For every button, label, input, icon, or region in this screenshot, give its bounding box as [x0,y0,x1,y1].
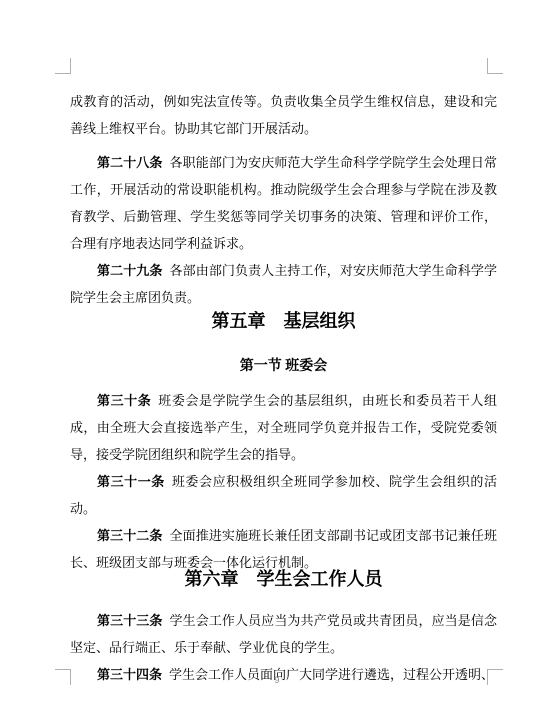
crop-mark-top-left-icon [55,58,71,74]
chapter-heading: 第六章 学生会工作人员 [70,566,497,593]
paragraph: 第三十一条班委会应积极组织全班同学参加校、院学生会组织的活动。 [70,468,497,522]
article-number: 第二十九条 [97,263,163,278]
article-number: 第三十二条 [97,528,163,543]
paragraph: 第三十三条学生会工作人员应当为共产党员或共青团员，应当是信念坚定、品行端正、乐于… [70,607,497,661]
article-number: 第三十三条 [97,613,163,628]
chapter-heading: 第五章 基层组织 [70,308,497,335]
paragraph: 成教育的活动，例如宪法宣传等。负责收集全员学生维权信息，建设和完善线上维权平台。… [70,88,497,142]
paragraph: 第二十八条各职能部门为安庆师范大学生命科学学院学生会处理日常工作，开展活动的常设… [70,149,497,257]
document-page: 成教育的活动，例如宪法宣传等。负责收集全员学生维权信息，建设和完善线上维权平台。… [0,0,554,722]
page-number: 9 [0,674,554,686]
article-number: 第二十八条 [97,155,163,170]
paragraph: 第二十九条各部由部门负责人主持工作，对安庆师范大学生命科学学院学生会主席团负责。 [70,257,497,311]
paragraph-text: 成教育的活动，例如宪法宣传等。负责收集全员学生维权信息，建设和完善线上维权平台。… [70,94,497,136]
section-heading: 第一节 班委会 [70,353,497,380]
paragraph: 第三十条班委会是学院学生会的基层组织，由班长和委员若干人组成，由全班大会直接选举… [70,387,497,468]
article-number: 第三十条 [97,393,151,408]
article-number: 第三十一条 [97,474,165,489]
crop-mark-top-right-icon [487,58,503,74]
